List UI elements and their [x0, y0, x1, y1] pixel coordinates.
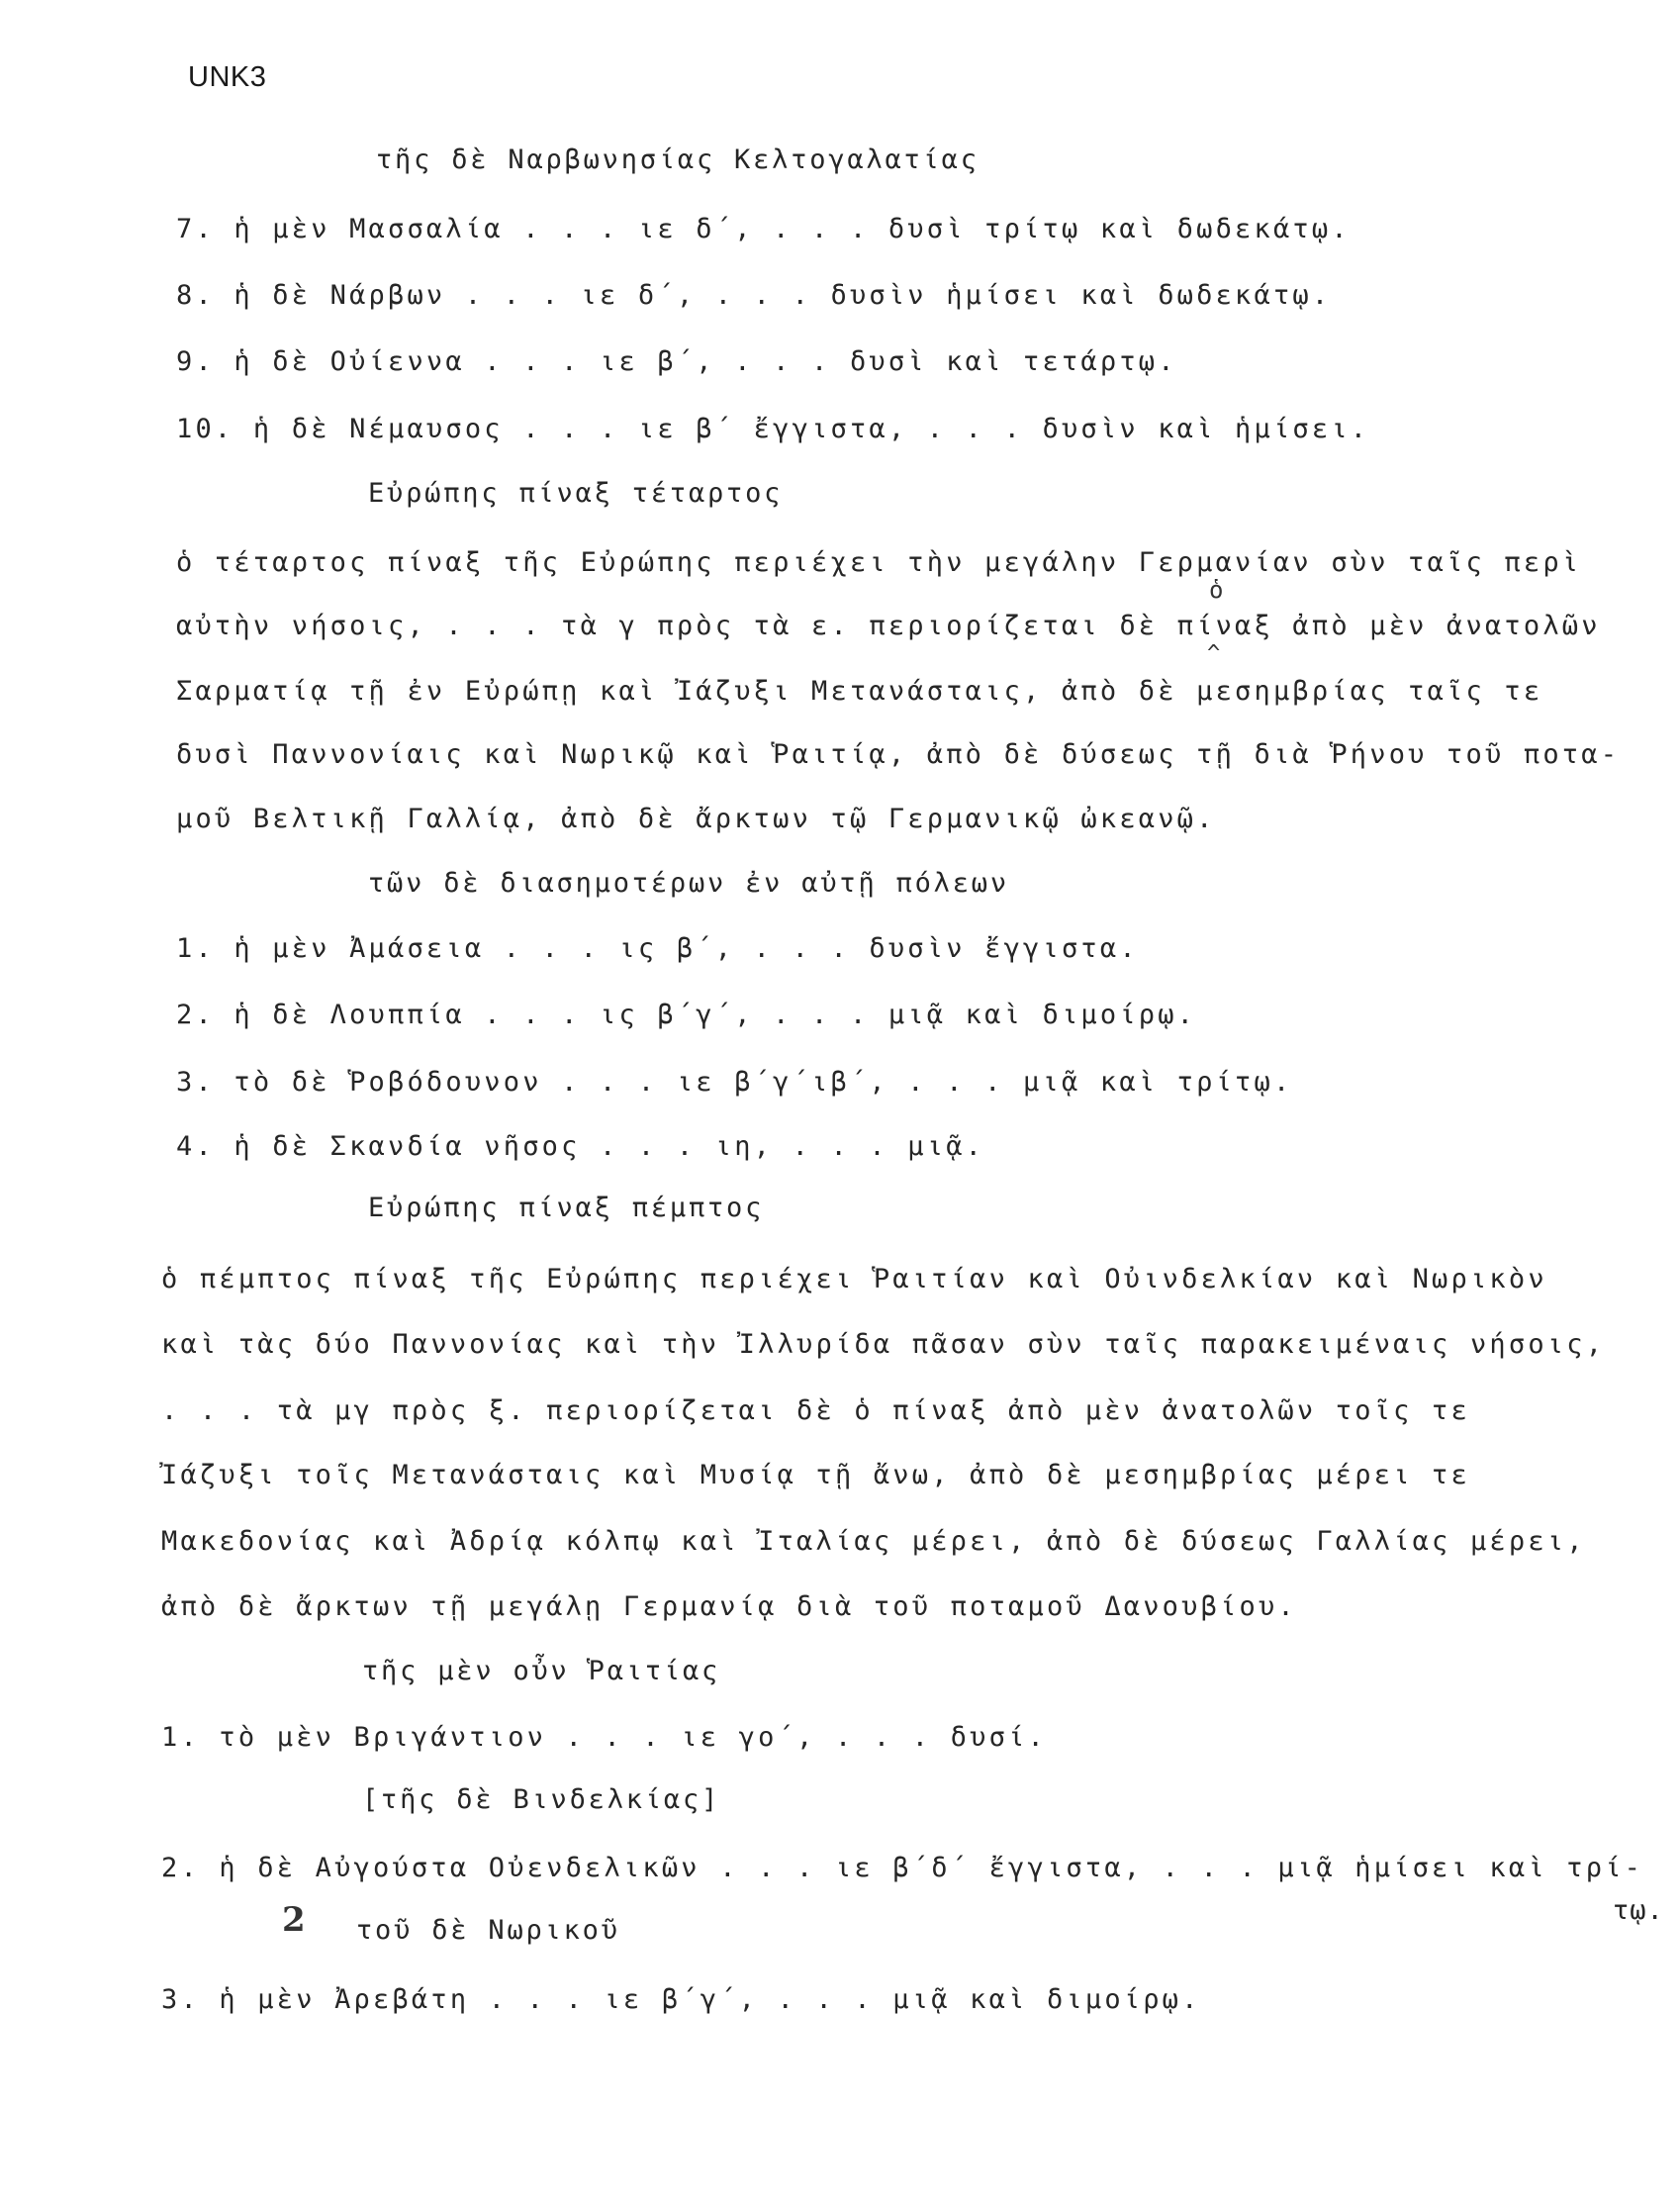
entry-line: 3. τὸ δὲ Ῥοβόδουνον . . . ιε β΄γ΄ιβ΄, . … [176, 1067, 1292, 1098]
entry-line: 7. ἡ μὲν Μασσαλία . . . ιε δ΄, . . . δυσ… [176, 214, 1351, 244]
entry-line: 4. ἡ δὲ Σκανδία νῆσος . . . ιη, . . . μι… [176, 1131, 984, 1162]
continuation-text: τῳ. [1613, 1895, 1664, 1926]
entry-line: 10. ἡ δὲ Νέμαυσος . . . ιε β΄ ἔγγιστα, .… [176, 414, 1369, 444]
entry-line: 1. ἡ μὲν Ἀμάσεια . . . ις β΄, . . . δυσὶ… [176, 933, 1139, 964]
entry-line: 2. ἡ δὲ Λουππία . . . ις β΄γ΄, . . . μιᾷ… [176, 1000, 1196, 1030]
section-heading: [τῆς δὲ Βινδελκίας] [362, 1784, 720, 1815]
caret-mark: ^ [1207, 641, 1220, 666]
paragraph-line: δυσὶ Παννονίαις καὶ Νωρικῷ καὶ Ῥαιτίᾳ, ἀ… [176, 739, 1620, 770]
paragraph-line: Ἰάζυξι τοῖς Μετανάσταις καὶ Μυσίᾳ τῇ ἄνω… [161, 1460, 1470, 1490]
entry-line: 9. ἡ δὲ Οὐίεννα . . . ιε β΄, . . . δυσὶ … [176, 346, 1177, 377]
paragraph-line: Μακεδονίας καὶ Ἀδρίᾳ κόλπῳ καὶ Ἰταλίας μ… [161, 1526, 1586, 1557]
paragraph-line: μοῦ Βελτικῇ Γαλλίᾳ, ἀπὸ δὲ ἄρκτων τῷ Γερ… [176, 804, 1216, 834]
section-heading: τῶν δὲ διασημοτέρων ἐν αὐτῇ πόλεων [368, 868, 1009, 899]
paragraph-line: καὶ τὰς δύο Παννονίας καὶ τὴν Ἰλλυρίδα π… [161, 1329, 1605, 1360]
paragraph-line: ὁ πέμπτος πίναξ τῆς Εὐρώπης περιέχει Ῥαι… [161, 1264, 1547, 1294]
paragraph-line: . . . τὰ μγ πρὸς ξ. περιορίζεται δὲ ὁ πί… [161, 1395, 1470, 1426]
section-heading: τῆς μὲν οὖν Ῥαιτίας [362, 1656, 720, 1686]
document-label: UNK3 [188, 61, 266, 94]
paragraph-line: ἀπὸ δὲ ἄρκτων τῇ μεγάλῃ Γερμανίᾳ διὰ τοῦ… [161, 1591, 1297, 1622]
paragraph-line: Σαρματίᾳ τῇ ἐν Εὐρώπῃ καὶ Ἰάζυξι Μετανάσ… [176, 676, 1542, 707]
entry-line: 8. ἡ δὲ Νάρβων . . . ιε δ΄, . . . δυσὶν … [176, 280, 1331, 311]
section-heading: Εὐρώπης πίναξ πέμπτος [368, 1193, 764, 1223]
paragraph-line: αὐτὴν νήσοις, . . . τὰ γ πρὸς τὰ ε. περι… [176, 611, 1601, 641]
paragraph-line: ὁ τέταρτος πίναξ τῆς Εὐρώπης περιέχει τὴ… [176, 547, 1581, 578]
insertion-mark: ὁ [1209, 576, 1223, 604]
entry-line: 3. ἡ μὲν Ἀρεβάτη . . . ιε β΄γ΄, . . . μι… [161, 1984, 1201, 2015]
document-page: UNK3 τῆς δὲ Ναρβωνησίας Κελτογαλατίας 7.… [0, 0, 1680, 2203]
entry-line: 2. ἡ δὲ Αὐγούστα Οὐενδελικῶν . . . ιε β΄… [161, 1853, 1643, 1883]
section-heading: τοῦ δὲ Νωρικοῦ [356, 1915, 620, 1946]
section-heading: τῆς δὲ Ναρβωνησίας Κελτογαλατίας [376, 144, 980, 175]
entry-line: 1. τὸ μὲν Βριγάντιον . . . ιε γο΄, . . .… [161, 1722, 1047, 1753]
handwritten-number: 2 [282, 1900, 306, 1940]
section-heading: Εὐρώπης πίναξ τέταρτος [368, 478, 783, 509]
